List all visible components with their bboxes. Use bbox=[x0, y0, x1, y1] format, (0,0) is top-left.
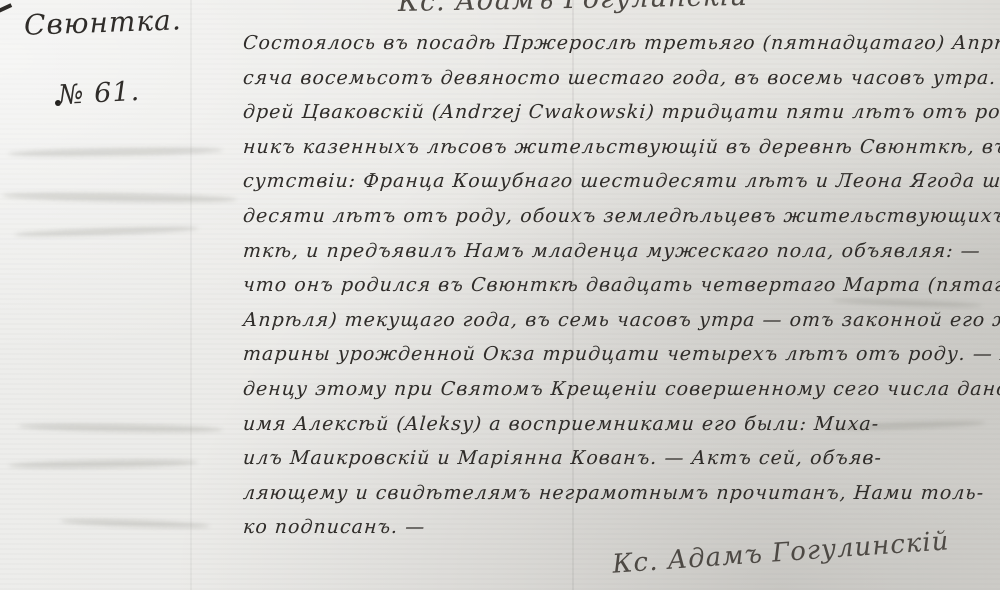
act-body-line: Состоялось въ посадѣ Пржерослѣ третьяго … bbox=[242, 26, 1000, 61]
act-body-line: сяча восемьсотъ девяносто шестаго года, … bbox=[242, 61, 1000, 96]
bleed-through-stroke bbox=[8, 458, 198, 469]
act-body-line: сутствіи: Франца Кошубнаго шестидесяти л… bbox=[242, 164, 1000, 199]
act-body-line: ляющему и свидѣтелямъ неграмотнымъ прочи… bbox=[242, 476, 1000, 511]
act-body-line: Апрѣля) текущаго года, въ семь часовъ ут… bbox=[242, 303, 1000, 338]
bleed-through-stroke bbox=[18, 422, 223, 434]
act-body-line: десяти лѣтъ отъ роду, обоихъ земледѣльце… bbox=[242, 199, 1000, 234]
act-body-text: Состоялось въ посадѣ Пржерослѣ третьяго … bbox=[243, 26, 999, 545]
act-body-line: тарины урожденной Окза тридцати четырехъ… bbox=[242, 337, 1000, 372]
act-body-line: дрей Цваковскій (Andrzej Cwakowski) трид… bbox=[242, 95, 1000, 130]
act-body-line: ткѣ, и предъявилъ Намъ младенца мужескаг… bbox=[242, 234, 1000, 269]
act-body-line: денцу этому при Святомъ Крещеніи соверше… bbox=[242, 372, 1000, 407]
margin-record-number: № 61. bbox=[57, 76, 141, 111]
fold-crease-left bbox=[190, 0, 192, 590]
act-body-line: никъ казенныхъ лѣсовъ жительствующій въ … bbox=[242, 130, 1000, 165]
bleed-through-stroke bbox=[60, 517, 210, 529]
act-body-line: имя Алексѣй (Aleksy) а восприемниками ег… bbox=[242, 407, 1000, 442]
act-body-line: илъ Маикровскій и Маріянна Кованъ. — Акт… bbox=[242, 441, 1000, 476]
bleed-through-stroke bbox=[14, 225, 199, 238]
edge-ink-mark bbox=[0, 3, 12, 13]
bleed-through-stroke bbox=[2, 191, 237, 204]
margin-place-name: Свюнтка. bbox=[23, 3, 182, 41]
document-scan-page: Свюнтка. № 61. Кс. Адамъ Гогулинскій Сос… bbox=[0, 0, 1000, 590]
act-body-line: что онъ родился въ Свюнткѣ двадцать четв… bbox=[242, 268, 1000, 303]
